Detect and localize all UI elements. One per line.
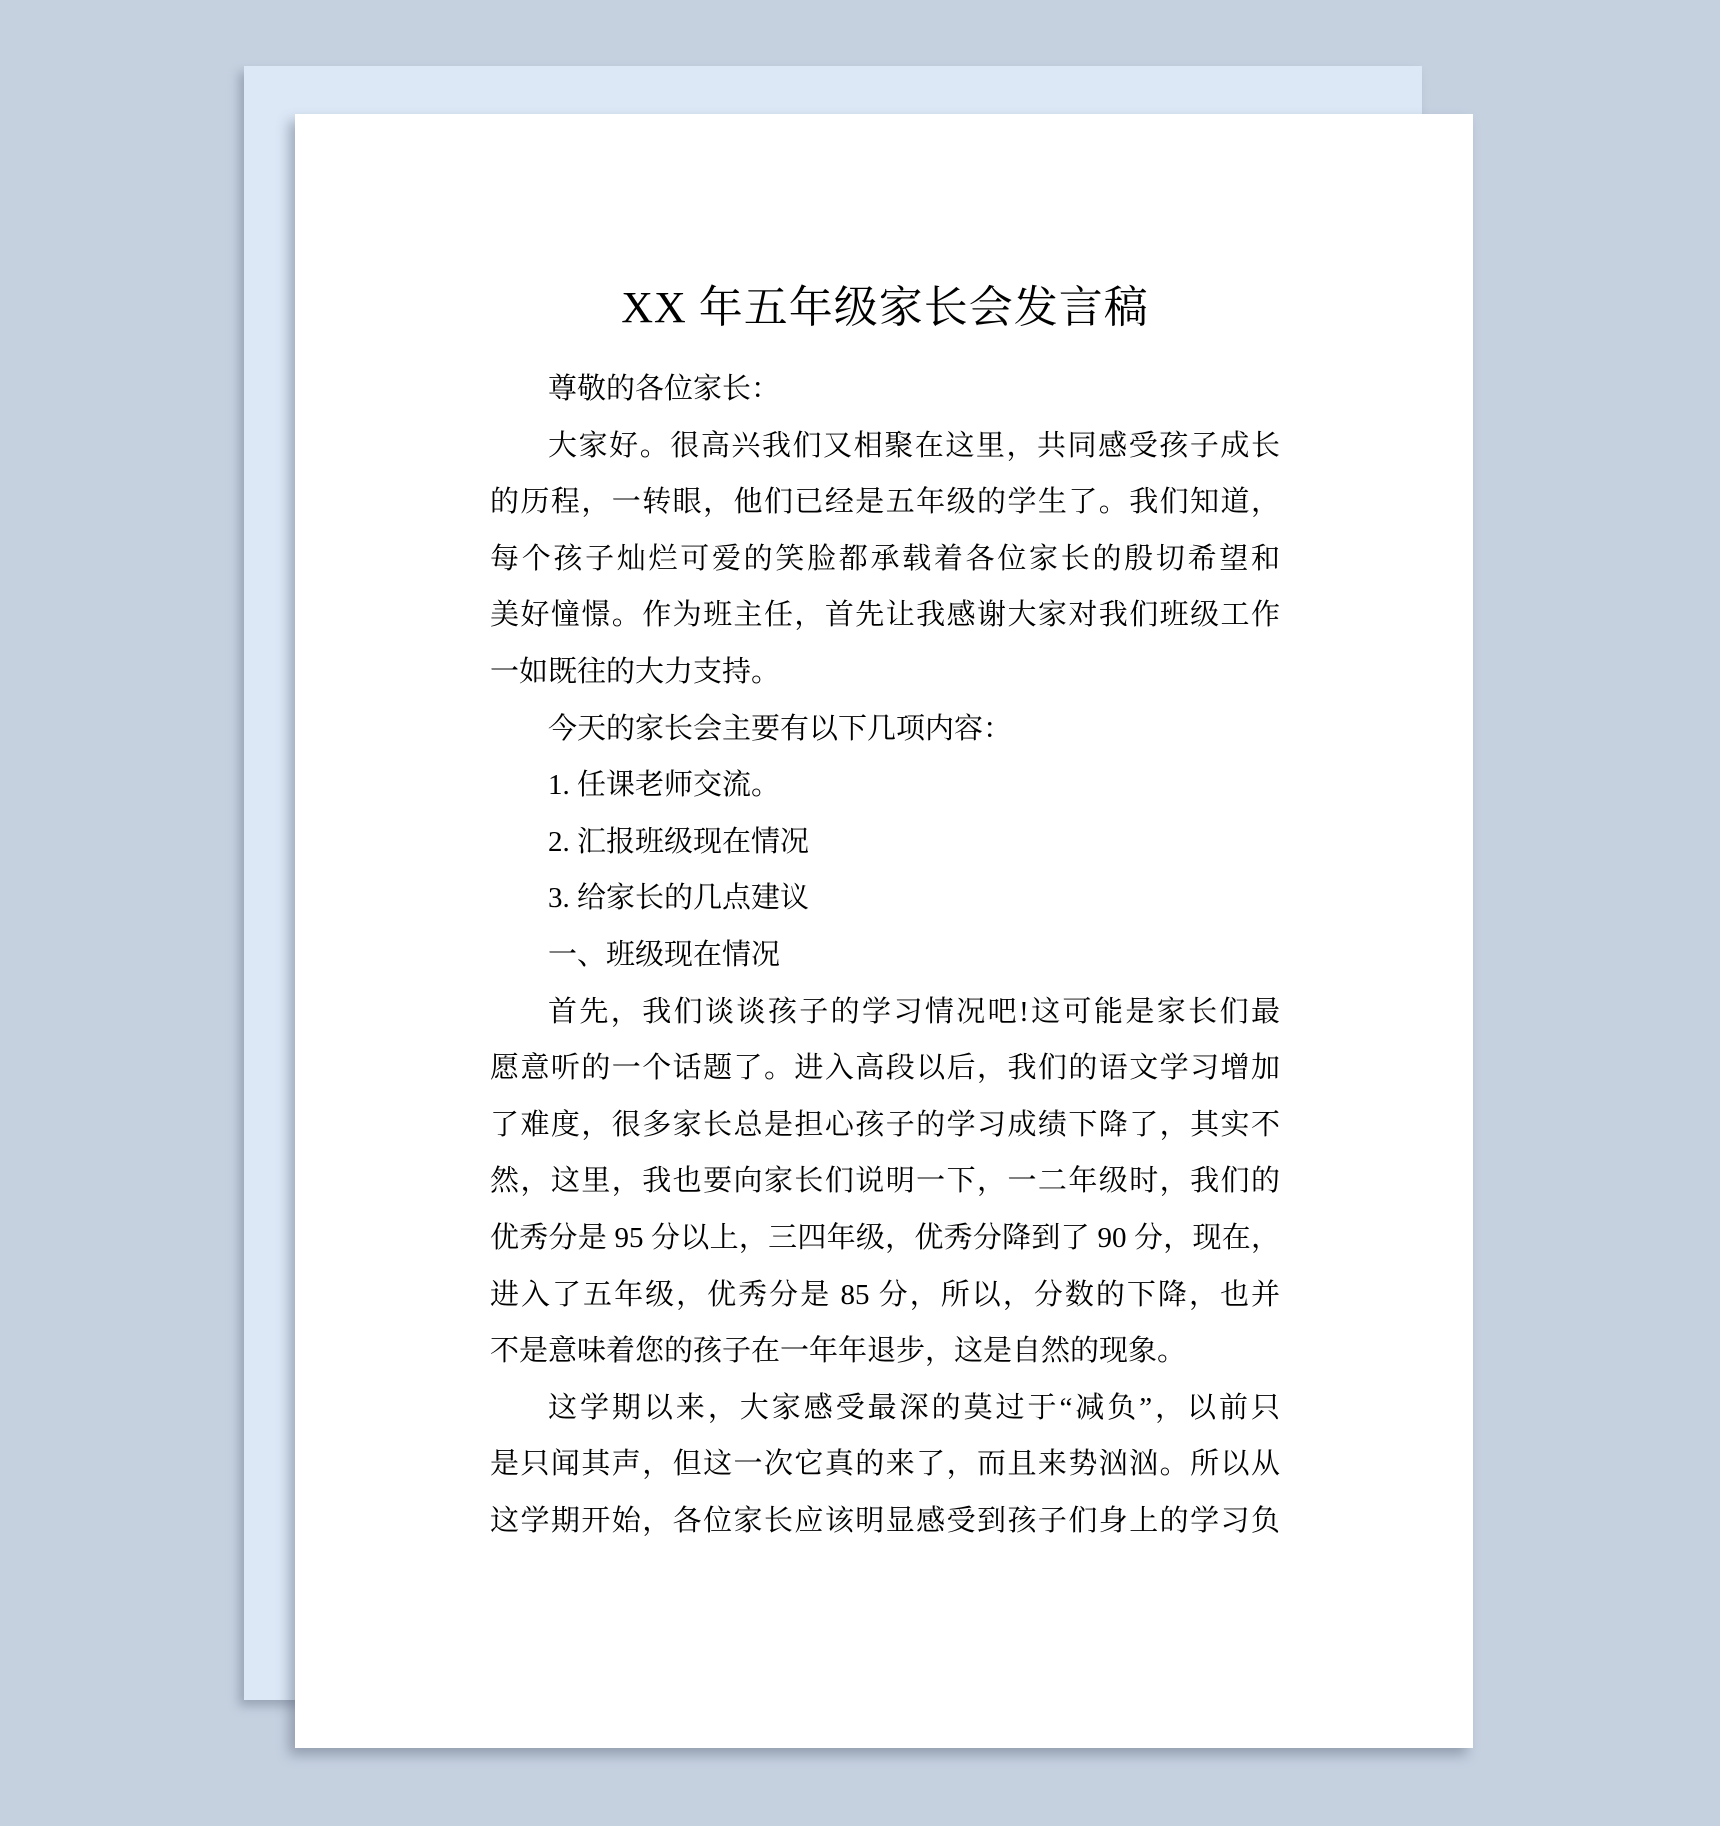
text-line: 大家好。很高兴我们又相聚在这里，共同感受孩子成长 bbox=[490, 418, 1280, 475]
text-line-agenda-item-2: 2. 汇报班级现在情况 bbox=[490, 814, 1280, 871]
document-title: XX 年五年级家长会发言稿 bbox=[490, 282, 1280, 334]
text-line: 这学期开始，各位家长应该明显感受到孩子们身上的学习负 bbox=[490, 1493, 1280, 1550]
text-line: 不是意味着您的孩子在一年年退步，这是自然的现象。 bbox=[490, 1323, 1280, 1380]
text-line: 是只闻其声，但这一次它真的来了，而且来势汹汹。所以从 bbox=[490, 1436, 1280, 1493]
text-line-salutation: 尊敬的各位家长： bbox=[490, 361, 1280, 418]
text-line: 每个孩子灿烂可爱的笑脸都承载着各位家长的殷切希望和 bbox=[490, 531, 1280, 588]
text-line: 美好憧憬。作为班主任，首先让我感谢大家对我们班级工作 bbox=[490, 587, 1280, 644]
text-line: 的历程，一转眼，他们已经是五年级的学生了。我们知道， bbox=[490, 474, 1280, 531]
text-line: 然，这里，我也要向家长们说明一下，一二年级时，我们的 bbox=[490, 1153, 1280, 1210]
text-line-agenda-item-3: 3. 给家长的几点建议 bbox=[490, 870, 1280, 927]
text-line: 首先，我们谈谈孩子的学习情况吧!这可能是家长们最 bbox=[490, 984, 1280, 1041]
text-line: 这学期以来，大家感受最深的莫过于“减负”，以前只 bbox=[490, 1380, 1280, 1437]
text-line: 一如既往的大力支持。 bbox=[490, 644, 1280, 701]
desktop-background: { "page": { "background_color": "#c6d1e0… bbox=[0, 0, 1720, 1826]
document-body: 尊敬的各位家长： 大家好。很高兴我们又相聚在这里，共同感受孩子成长 的历程，一转… bbox=[490, 361, 1280, 1549]
text-line: 愿意听的一个话题了。进入高段以后，我们的语文学习增加 bbox=[490, 1040, 1280, 1097]
text-line: 优秀分是 95 分以上，三四年级，优秀分降到了 90 分，现在， bbox=[490, 1210, 1280, 1267]
text-line-section-heading: 一、班级现在情况 bbox=[490, 927, 1280, 984]
text-line: 了难度，很多家长总是担心孩子的学习成绩下降了，其实不 bbox=[490, 1097, 1280, 1154]
text-line-agenda-intro: 今天的家长会主要有以下几项内容： bbox=[490, 701, 1280, 758]
text-line: 进入了五年级，优秀分是 85 分，所以，分数的下降，也并 bbox=[490, 1267, 1280, 1324]
text-line-agenda-item-1: 1. 任课老师交流。 bbox=[490, 757, 1280, 814]
document-page-sheet: XX 年五年级家长会发言稿 尊敬的各位家长： 大家好。很高兴我们又相聚在这里，共… bbox=[295, 114, 1473, 1748]
